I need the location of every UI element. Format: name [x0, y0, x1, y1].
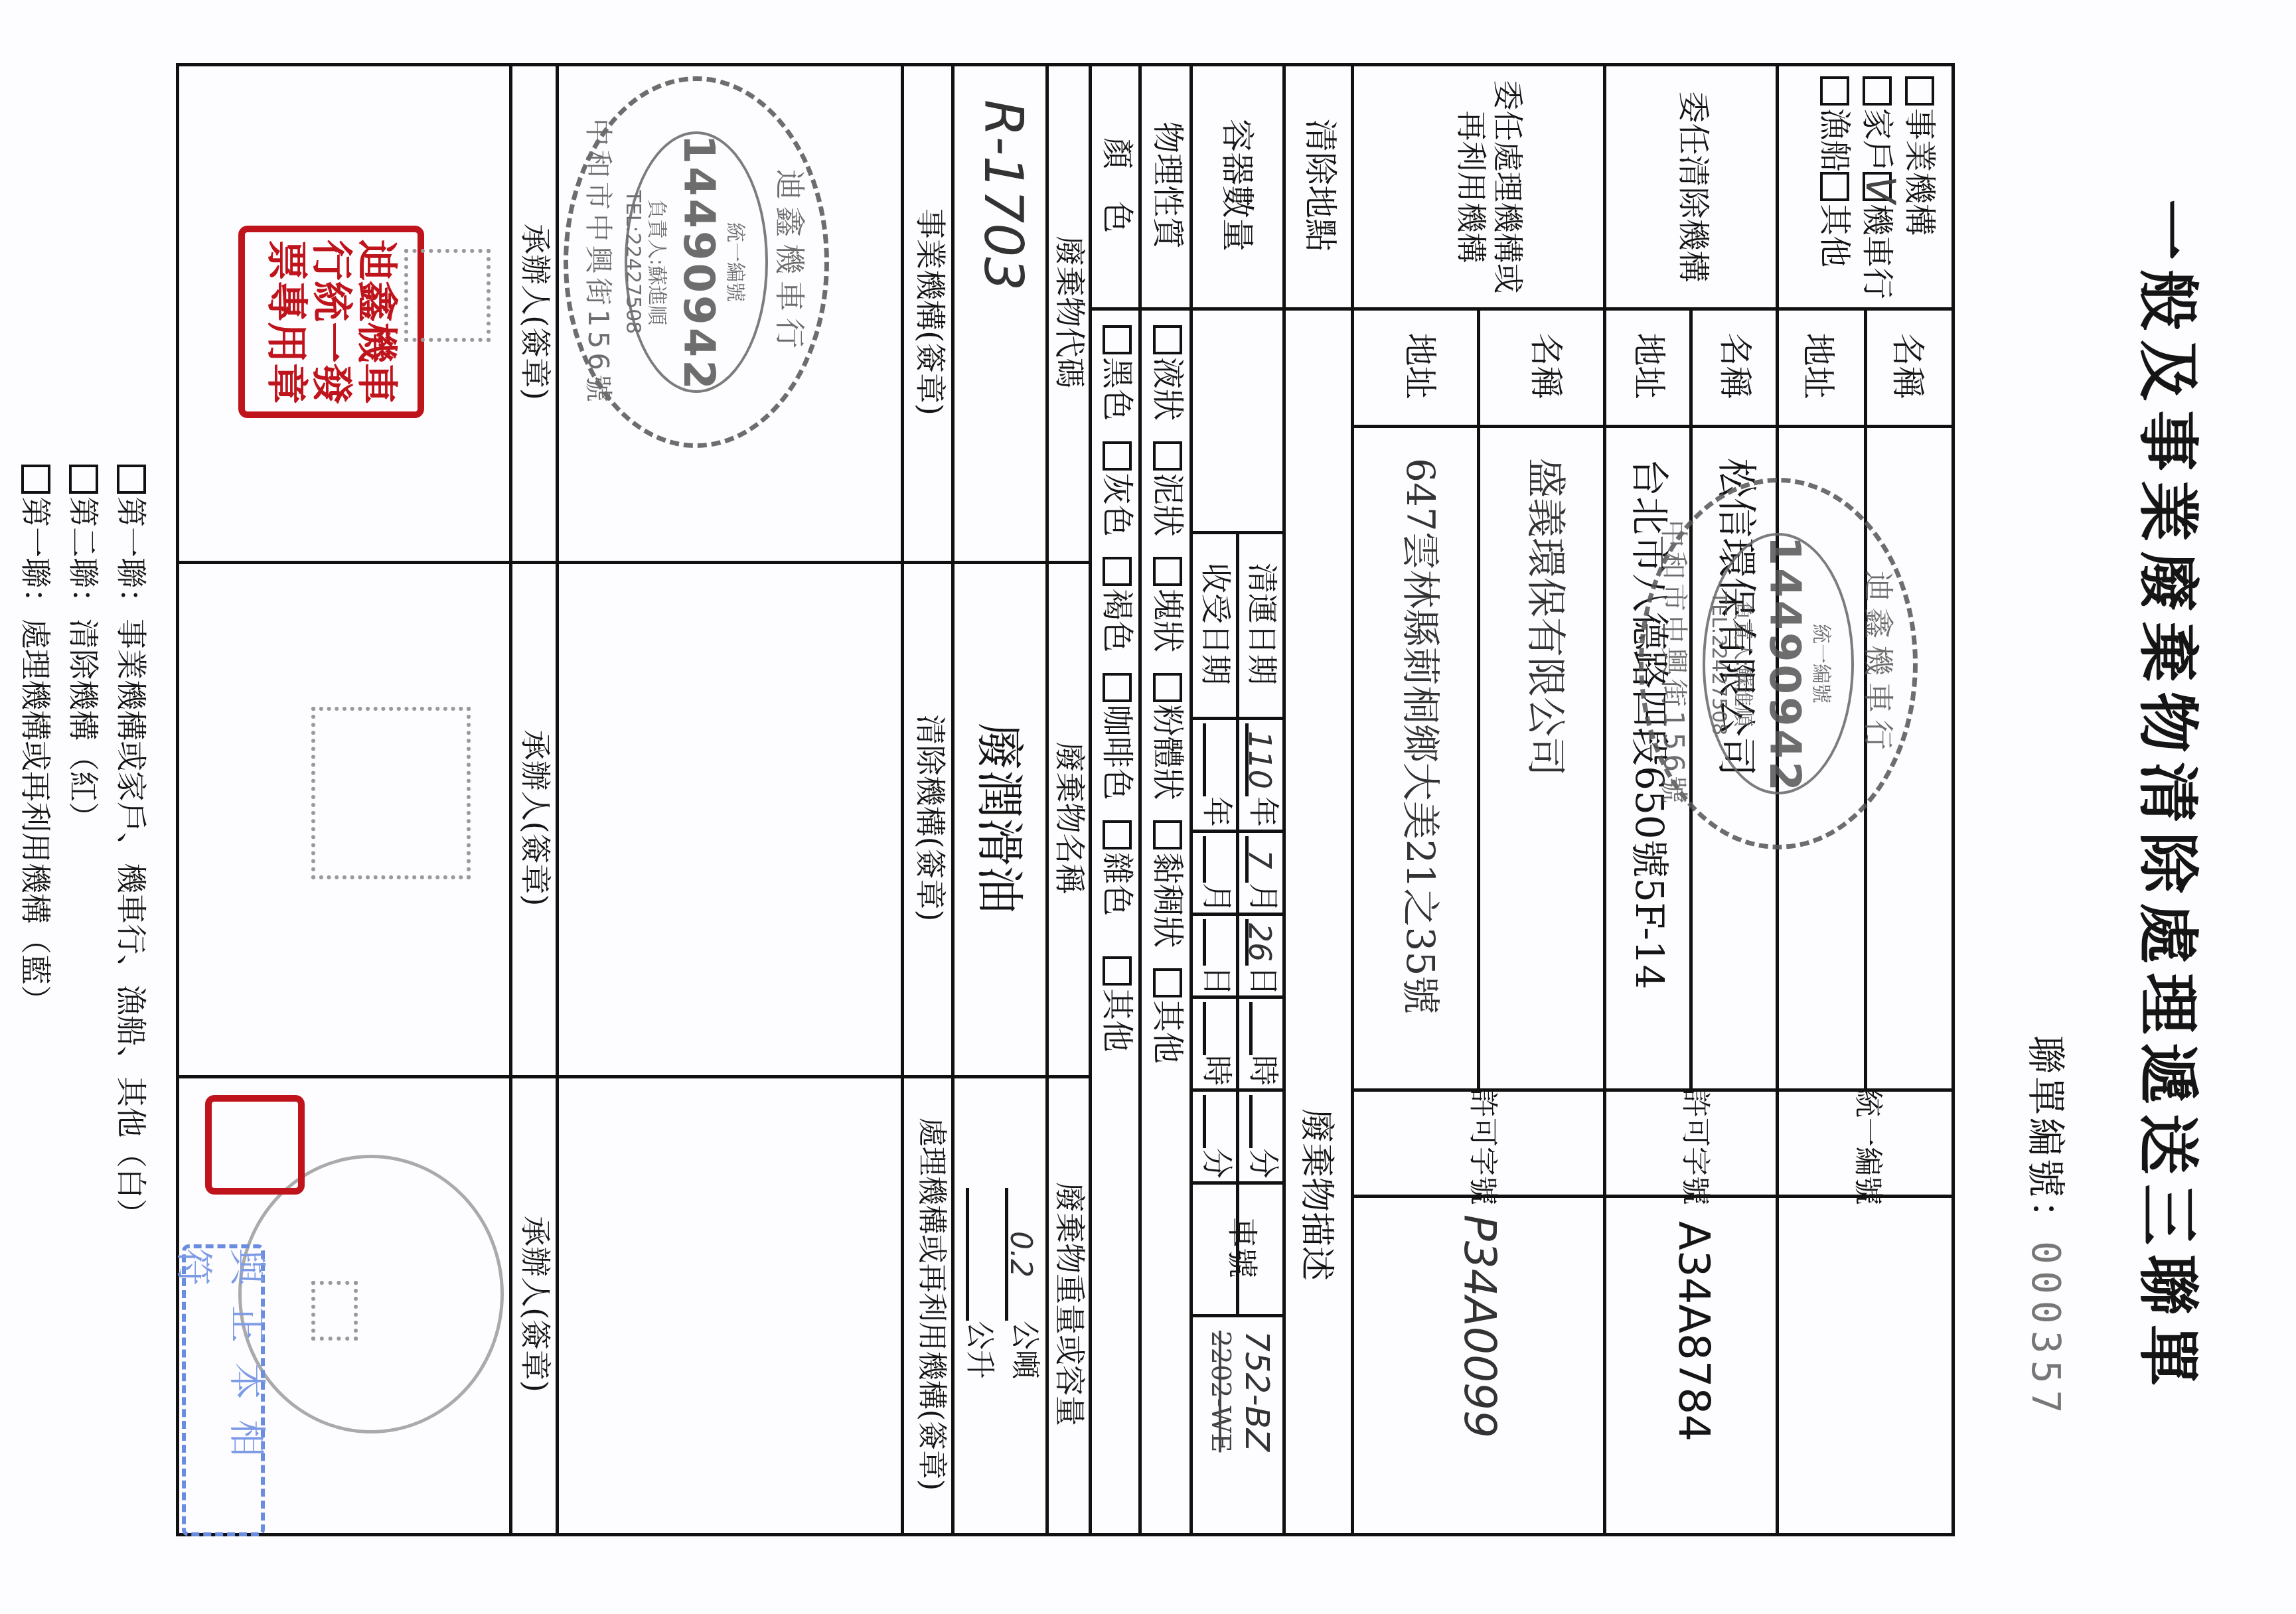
- copy-note-2: 第二聯：清除機構（紅）: [60, 465, 108, 1229]
- copy-note-2-label: 第二聯：清除機構（紅）: [66, 496, 102, 832]
- grid-line: [1351, 63, 1354, 1536]
- physical-checkbox-sludge[interactable]: [1153, 441, 1182, 471]
- physical-checkbox-liquid[interactable]: [1153, 325, 1182, 354]
- physical-label-other: 其他: [1149, 1000, 1186, 1064]
- unit-day: 日: [1199, 966, 1235, 996]
- color-options: 黑色 灰色 褐色 咖啡色 雜色 其他: [1097, 325, 1136, 1052]
- grid-line: [1089, 63, 1092, 1536]
- color-label: 顏 色: [1097, 63, 1136, 307]
- unit-minute: 分: [1246, 1148, 1282, 1179]
- processor-permit-label: 許可字號: [1464, 1088, 1499, 1195]
- grid-line: [1603, 63, 1606, 1536]
- certified-copy-stamp: 與正本相符: [182, 1244, 265, 1536]
- transporter-permit-value[interactable]: A34A8784: [1667, 1221, 1719, 1441]
- copy-note-1-label: 第一聯：事業機構或家戶、機車行、漁船、其他（白）: [114, 496, 149, 1229]
- processor-permit-value[interactable]: P34A0099: [1454, 1214, 1506, 1438]
- weight-tons-field[interactable]: 0.2: [1005, 1188, 1037, 1321]
- grid-line: [1045, 63, 1049, 1536]
- stamp-ring-top: 迪鑫機車行: [770, 81, 814, 443]
- color-label-other: 其他: [1099, 988, 1136, 1052]
- description-section-label: 廢棄物描述: [1296, 995, 1337, 1394]
- receive-year-field[interactable]: [1203, 723, 1235, 796]
- transport-date-label: 清運日期: [1244, 531, 1280, 717]
- grid-line: [1193, 717, 1286, 720]
- waste-name-label: 廢棄物名稱: [1051, 561, 1088, 1075]
- physical-label-powder: 粉體狀: [1149, 705, 1186, 800]
- stamp-inner: 統一編號 14490942 負責人:蘇進順 TEL:22427508: [1703, 533, 1853, 794]
- processor-round-stamp: [238, 1155, 504, 1433]
- transporter-gray-seal: [311, 707, 471, 879]
- transport-date-month: 7月: [1245, 836, 1282, 913]
- form-number-value: 000357: [2023, 1241, 2068, 1420]
- transport-year-field[interactable]: 110: [1245, 723, 1278, 796]
- waste-manifest-form: 一般及事業廢棄物清除處理遞送三聯單 聯單編號：000357: [0, 0, 2296, 1614]
- color-checkbox-coffee[interactable]: [1103, 673, 1132, 702]
- transporter-handler-label: 承辦人(簽章): [517, 561, 554, 1075]
- copy-checkbox-1[interactable]: [117, 465, 146, 494]
- copy-note-3-label: 第一聯：處理機構或再利用機構（藍）: [18, 496, 54, 1015]
- transport-date-day: 26日: [1245, 919, 1282, 996]
- waste-volume-liters: 公升: [961, 1188, 998, 1379]
- receive-hour-field[interactable]: [1203, 1002, 1235, 1055]
- receive-date-label: 收受日期: [1197, 531, 1234, 717]
- processor-name-label: 名稱: [1526, 307, 1566, 425]
- receive-date-year: 年: [1199, 723, 1235, 827]
- stamp-id: 14490942: [674, 134, 723, 390]
- category-label-fishing-boat: 漁船: [1816, 108, 1853, 172]
- processor-handler-label: 承辦人(簽章): [517, 1075, 554, 1533]
- physical-checkbox-other[interactable]: [1153, 968, 1182, 997]
- receive-minute-field[interactable]: [1203, 1095, 1235, 1148]
- category-label-household: 家戶: [1859, 108, 1896, 172]
- stamp-id-label: 統一編號: [1809, 536, 1838, 791]
- receive-date-minute: 分: [1199, 1095, 1235, 1179]
- grid-line: [1952, 63, 1955, 1536]
- physical-label-liquid: 液狀: [1149, 357, 1186, 421]
- category-checkbox-fishing-boat[interactable]: [1820, 76, 1849, 106]
- physical-checkbox-block[interactable]: [1153, 557, 1182, 586]
- transporter-permit-label: 許可字號: [1677, 1088, 1712, 1195]
- color-label-brown: 褐色: [1099, 589, 1136, 652]
- category-checkbox-household[interactable]: [1863, 76, 1892, 106]
- transporter-address-label: 地址: [1629, 307, 1669, 425]
- physical-label: 物理性質: [1148, 63, 1186, 307]
- transport-hour-field[interactable]: [1249, 1002, 1282, 1055]
- receive-day-field[interactable]: [1203, 919, 1235, 966]
- grid-line: [1477, 307, 1480, 1090]
- physical-checkbox-viscous[interactable]: [1153, 820, 1182, 849]
- copy-note-1: 第一聯：事業機構或家戶、機車行、漁船、其他（白）: [108, 465, 155, 1229]
- grid-line: [1193, 1314, 1286, 1317]
- processor-address-label: 地址: [1400, 307, 1440, 425]
- certified-copy-text: 與正本相符: [171, 1248, 277, 1532]
- grid-line: [1286, 307, 1354, 311]
- generator-company-stamp: 迪鑫機車行 統一編號 14490942 負責人:蘇進順 TEL:22427508…: [564, 76, 829, 448]
- processor-signature-area[interactable]: [559, 1075, 904, 1533]
- category-label-enterprise: 事業機構: [1901, 108, 1938, 236]
- color-checkbox-mixed[interactable]: [1103, 820, 1132, 849]
- copy-notes: 第一聯：事業機構或家戶、機車行、漁船、其他（白） 第二聯：清除機構（紅） 第一聯…: [12, 465, 155, 1229]
- stamp-inner: 統一編號 14490942 負責人:蘇進順 TEL:22427508: [625, 131, 768, 392]
- transport-date-year: 110年: [1245, 723, 1282, 827]
- color-checkbox-black[interactable]: [1103, 325, 1132, 354]
- grid-line: [1193, 1088, 1286, 1092]
- stamp-ring-bottom: 中和市中興街156號: [1655, 482, 1695, 845]
- unit-tons: 公噸: [1008, 1321, 1041, 1379]
- transporter-signature-label: 清除機構(簽章): [912, 561, 949, 1075]
- waste-code-value[interactable]: R-1703: [971, 100, 1035, 291]
- unit-month: 月: [1246, 883, 1282, 913]
- pickup-location-label: 清除地點: [1300, 63, 1340, 307]
- waste-name-value[interactable]: 廢潤滑油: [971, 561, 1028, 1075]
- vehicle-struck-value: 2202-WE: [1205, 1331, 1237, 1452]
- color-label-mixed: 雜色: [1099, 852, 1136, 916]
- red-seal-text: 迪鑫機車行統一發票專用章: [264, 232, 399, 411]
- stamp-id-label: 統一編號: [723, 134, 752, 390]
- stamp-id: 14490942: [1760, 536, 1809, 791]
- container-qty-label: 容器數量: [1217, 63, 1257, 307]
- generator-company-stamp-top: 迪鑫機車行 統一編號 14490942 負責人:蘇進順 TEL:22427508…: [1639, 478, 1918, 849]
- generator-handler-label: 承辦人(簽章): [517, 63, 554, 561]
- receive-date-month: 月: [1199, 836, 1235, 913]
- processor-section-label: 委任處理機構或再利用機構: [1453, 66, 1526, 307]
- physical-checkbox-powder[interactable]: [1153, 673, 1182, 702]
- grid-line: [1092, 307, 1286, 311]
- receive-month-field[interactable]: [1203, 836, 1235, 883]
- transport-minute-field[interactable]: [1249, 1095, 1282, 1148]
- waste-weight-tons: 0.2公噸: [1005, 1188, 1041, 1379]
- stamp-owner: 負責人:蘇進順: [645, 134, 674, 390]
- processor-name-value[interactable]: 盛義環保有限公司: [1521, 458, 1569, 776]
- form-title: 一般及事業廢棄物清除處理遞送三聯單: [2129, 199, 2216, 1294]
- copy-checkbox-2[interactable]: [69, 465, 98, 494]
- physical-label-sludge: 泥狀: [1149, 473, 1186, 537]
- volume-liters-field[interactable]: [966, 1188, 998, 1321]
- generator-category-group: 事業機構 家戶機車行 漁船其他: [1813, 76, 1941, 299]
- color-label-gray: 灰色: [1099, 473, 1136, 537]
- unit-month: 月: [1199, 883, 1235, 913]
- category-label-other: 其他: [1816, 204, 1853, 267]
- waste-code-label: 廢棄物代碼: [1051, 63, 1088, 561]
- generator-small-red-seal: [205, 1095, 305, 1195]
- category-label-motorcycle-shop: 機車行: [1859, 204, 1896, 299]
- transport-date-hour: 時: [1245, 1002, 1282, 1086]
- color-label-black: 黑色: [1099, 357, 1136, 421]
- transporter-signature-area[interactable]: [559, 561, 904, 1075]
- transport-day-field[interactable]: 26: [1245, 919, 1278, 966]
- unit-day: 日: [1246, 966, 1282, 996]
- small-gray-seal: [311, 1281, 358, 1341]
- unit-hour: 時: [1199, 1055, 1235, 1086]
- color-checkbox-gray[interactable]: [1103, 441, 1132, 471]
- category-checkbox-other[interactable]: [1820, 172, 1849, 201]
- grid-line: [1193, 830, 1286, 833]
- color-label-coffee: 咖啡色: [1099, 705, 1136, 800]
- color-checkbox-brown[interactable]: [1103, 557, 1132, 586]
- unit-liters: 公升: [962, 1321, 996, 1379]
- uniform-number-label: 統一編號: [1849, 1088, 1884, 1195]
- vehicle-label: 車號: [1224, 1181, 1261, 1314]
- generator-signature-label: 事業機構(簽章): [912, 63, 949, 561]
- grid-line: [951, 63, 955, 1536]
- physical-label-block: 塊狀: [1149, 589, 1186, 652]
- stamp-tel: TEL:22427508: [621, 134, 645, 390]
- vehicle-value[interactable]: 752-BZ: [1237, 1331, 1277, 1451]
- generator-red-seal: 迪鑫機車行統一發票專用章: [238, 226, 424, 418]
- transporter-section-label: 委任清除機構: [1673, 66, 1712, 307]
- physical-label-viscous: 黏稠狀: [1149, 852, 1186, 948]
- grid-line: [176, 1533, 1955, 1536]
- transporter-name-label: 名稱: [1715, 307, 1755, 425]
- receive-date-hour: 時: [1199, 1002, 1235, 1086]
- stamp-ring-top: 迪鑫機車行: [1859, 482, 1902, 845]
- copy-checkbox-3[interactable]: [21, 465, 50, 494]
- physical-options: 液狀 泥狀 塊狀 粉體狀 黏稠狀 其他: [1148, 325, 1186, 1064]
- color-checkbox-other[interactable]: [1103, 956, 1132, 986]
- transport-month-field[interactable]: 7: [1245, 836, 1278, 883]
- processor-address-value[interactable]: 647雲林縣莿桐鄉大美21之35號: [1397, 458, 1443, 1014]
- transport-date-minute: 分: [1245, 1095, 1282, 1179]
- copy-note-3: 第一聯：處理機構或再利用機構（藍）: [12, 465, 60, 1229]
- category-checkbox-enterprise[interactable]: [1905, 76, 1934, 106]
- unit-year: 年: [1199, 796, 1235, 827]
- stamp-owner: 負責人:蘇進順: [1730, 536, 1760, 791]
- processor-signature-label: 處理機構或再利用機構(簽章): [913, 1075, 949, 1533]
- category-checkbox-motorcycle-shop[interactable]: [1863, 172, 1892, 201]
- unit-hour: 時: [1246, 1055, 1282, 1086]
- generator-address-label: 地址: [1798, 307, 1838, 425]
- stamp-ring-bottom: 中和市中興街156號: [580, 81, 620, 443]
- stamp-tel: TEL:22427508: [1707, 536, 1730, 791]
- receive-date-day: 日: [1199, 919, 1235, 996]
- generator-gray-seal: [404, 249, 491, 342]
- waste-weight-label: 廢棄物重量或容量: [1051, 1075, 1088, 1533]
- unit-minute: 分: [1199, 1148, 1235, 1179]
- unit-year: 年: [1246, 796, 1282, 827]
- generator-name-label: 名稱: [1888, 307, 1928, 425]
- grid-line: [1138, 63, 1142, 1536]
- form-number-label: 聯單編號：: [2023, 1035, 2068, 1241]
- form-number: 聯單編號：000357: [2021, 1035, 2077, 1420]
